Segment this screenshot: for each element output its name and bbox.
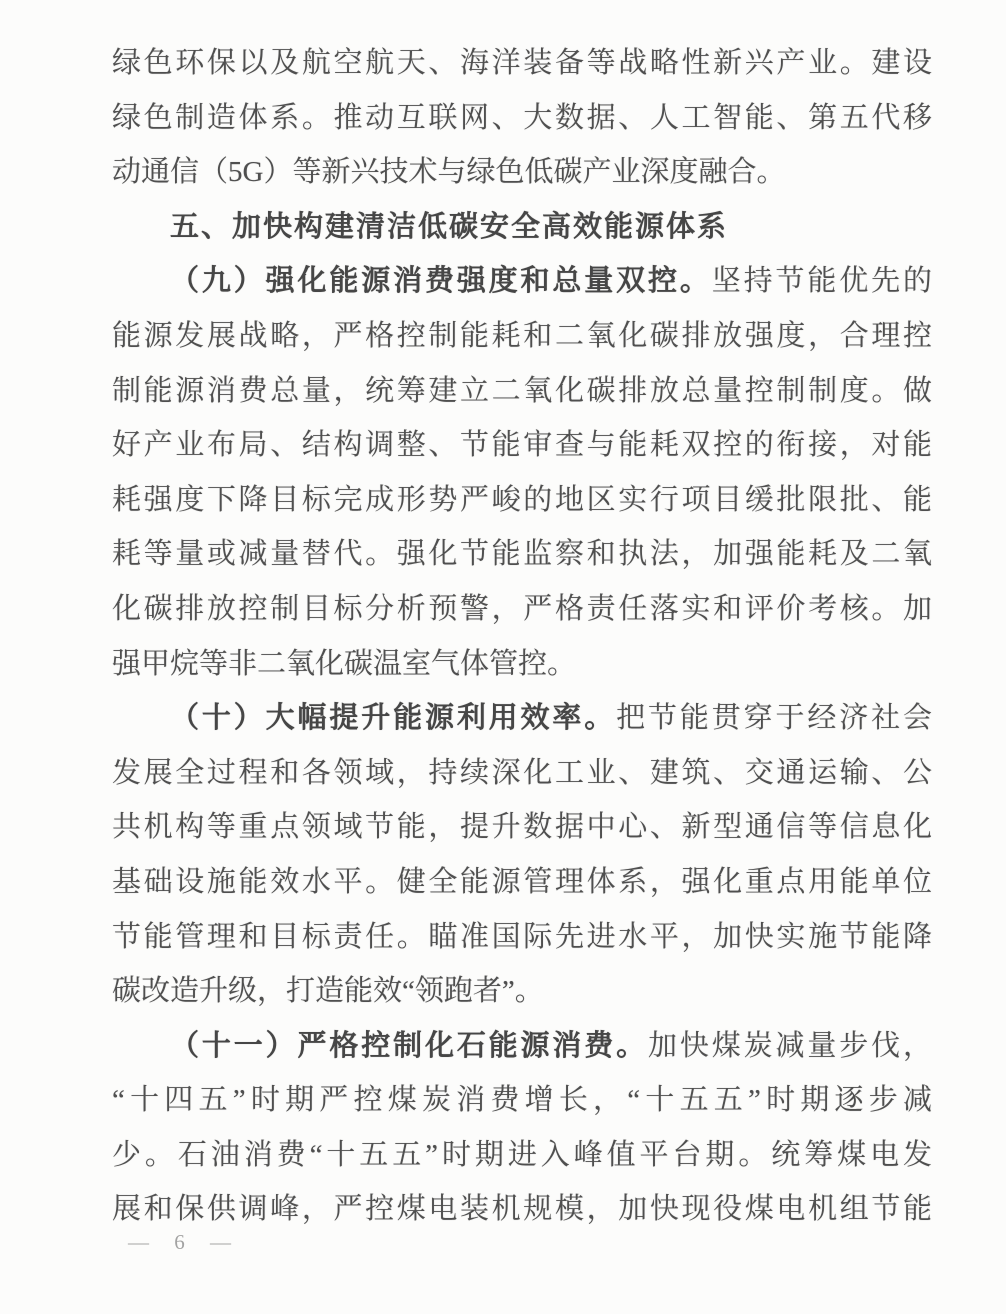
text-segment: “十四五”时期严控煤炭消费增长，“十五五”时期逐步减 <box>112 1084 932 1116</box>
text-segment: 耗强度下降目标完成形势严峻的地区实行项目缓批限批、能 <box>112 484 932 516</box>
text-segment: 动通信（5G）等新兴技术与绿色低碳产业深度融合。 <box>112 156 785 188</box>
bold-text-segment: （十）大幅提升能源利用效率。 <box>170 702 616 734</box>
text-line: 基础设施能效水平。健全能源管理体系，强化重点用能单位 <box>112 855 932 910</box>
text-line: 好产业布局、结构调整、节能审查与能耗双控的衔接，对能 <box>112 418 932 473</box>
text-line: 节能管理和目标责任。瞄准国际先进水平，加快实施节能降 <box>112 910 932 965</box>
text-line: 绿色制造体系。推动互联网、大数据、人工智能、第五代移 <box>112 91 932 146</box>
text-segment: 化碳排放控制目标分析预警，严格责任落实和评价考核。加 <box>112 593 932 625</box>
text-segment: 坚持节能优先的 <box>712 265 932 297</box>
text-segment: 把节能贯穿于经济社会 <box>616 702 932 734</box>
text-line: 耗强度下降目标完成形势严峻的地区实行项目缓批限批、能 <box>112 473 932 528</box>
text-line: 制能源消费总量，统筹建立二氧化碳排放总量控制制度。做 <box>112 364 932 419</box>
bold-text-segment: （九）强化能源消费强度和总量双控。 <box>170 265 712 297</box>
text-line: 发展全过程和各领域，持续深化工业、建筑、交通运输、公 <box>112 746 932 801</box>
document-body: 绿色环保以及航空航天、海洋装备等战略性新兴产业。建设绿色制造体系。推动互联网、大… <box>112 36 932 1237</box>
text-line: 动通信（5G）等新兴技术与绿色低碳产业深度融合。 <box>112 145 932 200</box>
text-line: 展和保供调峰，严控煤电装机规模，加快现役煤电机组节能 <box>112 1182 932 1237</box>
text-segment: 好产业布局、结构调整、节能审查与能耗双控的衔接，对能 <box>112 429 932 461</box>
text-line: 少。石油消费“十五五”时期进入峰值平台期。统筹煤电发 <box>112 1128 932 1183</box>
text-line: 耗等量或减量替代。强化节能监察和执法，加强能耗及二氧 <box>112 527 932 582</box>
text-line: 强甲烷等非二氧化碳温室气体管控。 <box>112 637 932 692</box>
page-number: — 6 — <box>128 1230 241 1255</box>
section-heading: 五、加快构建清洁低碳安全高效能源体系 <box>112 200 932 255</box>
text-segment: 绿色环保以及航空航天、海洋装备等战略性新兴产业。建设 <box>112 47 932 79</box>
text-segment: 节能管理和目标责任。瞄准国际先进水平，加快实施节能降 <box>112 921 932 953</box>
text-segment: 共机构等重点领域节能，提升数据中心、新型通信等信息化 <box>112 811 932 843</box>
text-line: （九）强化能源消费强度和总量双控。坚持节能优先的 <box>112 254 932 309</box>
text-line: 能源发展战略，严格控制能耗和二氧化碳排放强度，合理控 <box>112 309 932 364</box>
text-line: 共机构等重点领域节能，提升数据中心、新型通信等信息化 <box>112 800 932 855</box>
bold-text-segment: （十一）严格控制化石能源消费。 <box>170 1030 648 1062</box>
text-segment: 碳改造升级，打造能效“领跑者”。 <box>112 975 544 1007</box>
text-segment: 绿色制造体系。推动互联网、大数据、人工智能、第五代移 <box>112 102 932 134</box>
text-segment: 强甲烷等非二氧化碳温室气体管控。 <box>112 648 576 680</box>
text-line: （十一）严格控制化石能源消费。加快煤炭减量步伐， <box>112 1019 932 1074</box>
text-segment: 制能源消费总量，统筹建立二氧化碳排放总量控制制度。做 <box>112 375 932 407</box>
scanned-document-page: 绿色环保以及航空航天、海洋装备等战略性新兴产业。建设绿色制造体系。推动互联网、大… <box>0 0 1006 1314</box>
text-segment: 基础设施能效水平。健全能源管理体系，强化重点用能单位 <box>112 866 932 898</box>
text-line: 化碳排放控制目标分析预警，严格责任落实和评价考核。加 <box>112 582 932 637</box>
text-segment: 少。石油消费“十五五”时期进入峰值平台期。统筹煤电发 <box>112 1139 932 1171</box>
text-segment: 耗等量或减量替代。强化节能监察和执法，加强能耗及二氧 <box>112 538 932 570</box>
text-segment: 发展全过程和各领域，持续深化工业、建筑、交通运输、公 <box>112 757 932 789</box>
text-line: “十四五”时期严控煤炭消费增长，“十五五”时期逐步减 <box>112 1073 932 1128</box>
text-line: 碳改造升级，打造能效“领跑者”。 <box>112 964 932 1019</box>
text-segment: 加快煤炭减量步伐， <box>648 1030 932 1062</box>
text-line: （十）大幅提升能源利用效率。把节能贯穿于经济社会 <box>112 691 932 746</box>
bold-text-segment: 五、加快构建清洁低碳安全高效能源体系 <box>170 211 728 243</box>
text-line: 绿色环保以及航空航天、海洋装备等战略性新兴产业。建设 <box>112 36 932 91</box>
text-segment: 展和保供调峰，严控煤电装机规模，加快现役煤电机组节能 <box>112 1193 932 1225</box>
text-segment: 能源发展战略，严格控制能耗和二氧化碳排放强度，合理控 <box>112 320 932 352</box>
